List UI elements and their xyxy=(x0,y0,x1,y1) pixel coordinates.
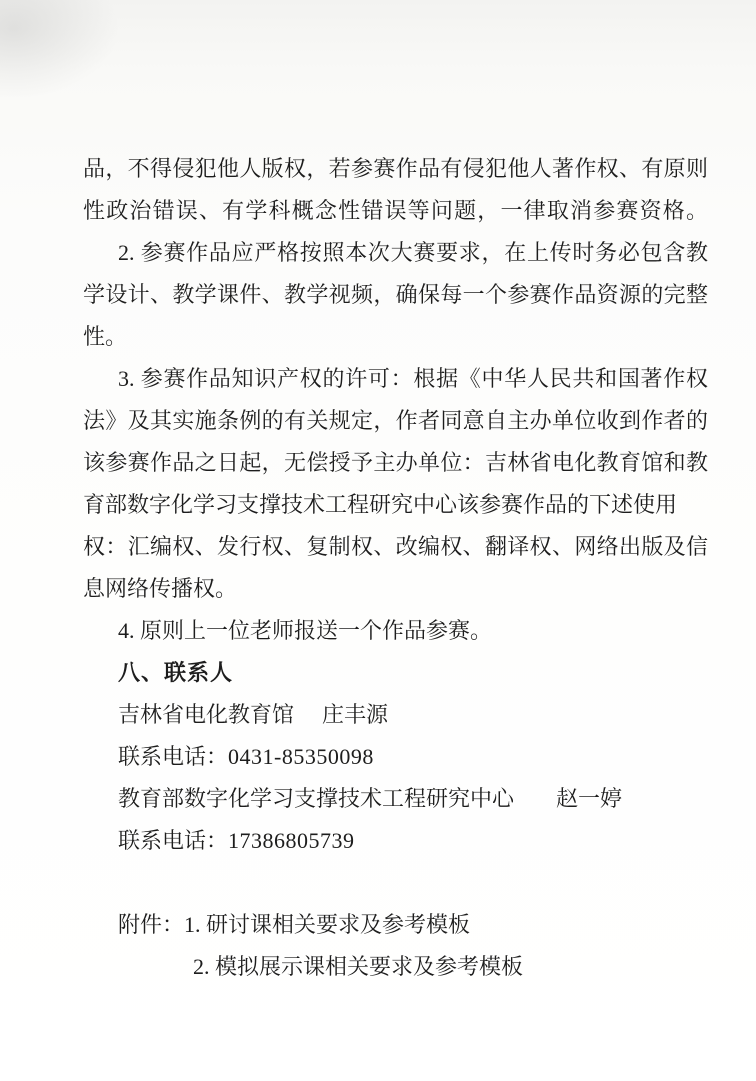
clause1-line-1: 品，不得侵犯他人版权，若参赛作品有侵犯他人著作权、有原则 xyxy=(83,148,708,190)
contact2-org: 教育部数字化学习支撑技术工程研究中心 xyxy=(118,786,514,811)
attachments-line-2: 2. 模拟展示课相关要求及参考模板 xyxy=(83,946,708,988)
contact2-org-line: 教育部数字化学习支撑技术工程研究中心赵一婷 xyxy=(83,778,708,820)
scanned-document-page: { "page": { "kind": "scanned-notice-page… xyxy=(0,0,756,1081)
clause3-line-1: 3. 参赛作品知识产权的许可：根据《中华人民共和国著作权 xyxy=(83,358,708,400)
clause3-line-6: 息网络传播权。 xyxy=(83,568,708,610)
contact1-phone-line: 联系电话：0431-85350098 xyxy=(83,736,708,778)
contact2-person: 赵一婷 xyxy=(556,786,622,811)
attachments-line-1: 附件：1. 研讨课相关要求及参考模板 xyxy=(83,904,708,946)
attachment-item-1: 1. 研讨课相关要求及参考模板 xyxy=(184,912,470,937)
contact1-org: 吉林省电化教育馆 xyxy=(118,702,294,727)
contact1-phone-label: 联系电话： xyxy=(118,744,228,769)
clause2-line-3: 性。 xyxy=(83,316,708,358)
clause3-line-3: 该参赛作品之日起，无偿授予主办单位：吉林省电化教育馆和教 xyxy=(83,442,708,484)
contact2-phone-number: 17386805739 xyxy=(228,828,355,853)
clause1-line-2: 性政治错误、有学科概念性错误等问题，一律取消参赛资格。 xyxy=(83,190,708,232)
clause4-line-1: 4. 原则上一位老师报送一个作品参赛。 xyxy=(83,610,708,652)
clause3-line-5: 权：汇编权、发行权、复制权、改编权、翻译权、网络出版及信 xyxy=(83,526,708,568)
clause2-line-1: 2. 参赛作品应严格按照本次大赛要求，在上传时务必包含教 xyxy=(83,232,708,274)
contact2-phone-line: 联系电话：17386805739 xyxy=(83,820,708,862)
blank-line xyxy=(83,862,708,904)
clause3-line-4: 育部数字化学习支撑技术工程研究中心该参赛作品的下述使用 xyxy=(83,484,708,526)
clause2-line-2: 学设计、教学课件、教学视频，确保每一个参赛作品资源的完整 xyxy=(83,274,708,316)
contact1-phone-number: 0431-85350098 xyxy=(228,744,374,769)
clause3-line-2: 法》及其实施条例的有关规定，作者同意自主办单位收到作者的 xyxy=(83,400,708,442)
contact1-org-line: 吉林省电化教育馆庄丰源 xyxy=(83,694,708,736)
attachment-item-2: 2. 模拟展示课相关要求及参考模板 xyxy=(193,954,523,979)
document-body: 品，不得侵犯他人版权，若参赛作品有侵犯他人著作权、有原则 性政治错误、有学科概念… xyxy=(83,148,708,988)
contact2-phone-label: 联系电话： xyxy=(118,828,228,853)
contact1-person: 庄丰源 xyxy=(322,702,388,727)
attachments-label: 附件： xyxy=(118,912,184,937)
contacts-section-heading: 八、联系人 xyxy=(83,652,708,694)
